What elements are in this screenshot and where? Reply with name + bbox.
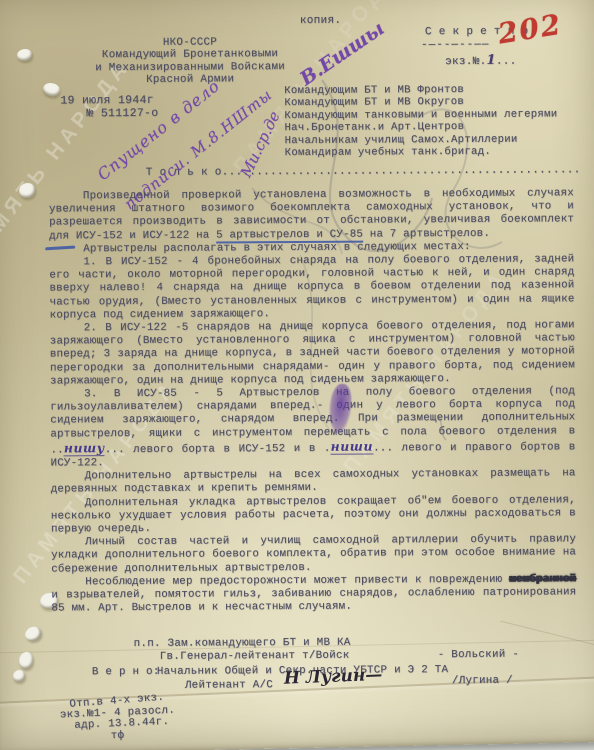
document-scan: ПАМЯТЬ НАРОДА ПАМЯТЬ НАРОДА ПАМЯТЬ НАРОД…: [0, 0, 594, 750]
archive-number-red: 202: [496, 8, 565, 51]
handwritten-word: ниши: [331, 438, 374, 454]
para7-text: и взрывателей, помятости гильз, забивани…: [51, 586, 576, 614]
locations-text: Артвыстрелы располагать в этих случаях в…: [83, 241, 470, 255]
footer-block: Отп.в 4-х экз.экз.№1- 4 разосл.адр. 13.8…: [53, 694, 176, 745]
paragraph-intro: Произведенной проверкой установлена возм…: [49, 187, 574, 243]
copy-note: копия.: [300, 15, 341, 27]
signature-name: - Вольский -: [438, 649, 519, 661]
secrecy-underline: -—--—--——: [421, 39, 489, 51]
addressee-list: Командующим БТ и МВ ФронтовКомандующим Б…: [284, 83, 557, 159]
document-number: № 511127-о: [86, 107, 158, 120]
paragraph-5: Дополнительная укладка артвыстрелов сокр…: [51, 494, 576, 537]
certification-handwritten-signature: Н Лугин—: [283, 665, 382, 689]
margin-mark: [45, 245, 75, 250]
paragraph-item3: 3. В ИСУ-85 - 5 Артвыстрелов на полу бое…: [50, 385, 575, 470]
document-date: 19 июля 1944г: [60, 94, 154, 108]
copy-number-dots: ...: [496, 56, 517, 68]
overstruck-word: мембранной: [509, 573, 576, 585]
signature-pp-line: п.п. Зам.командующего БТ и МВ КА: [134, 637, 351, 650]
certification-line2: Лейтенант А/С: [185, 679, 273, 692]
paragraph-6: Личный состав частей и училищ самоходной…: [51, 534, 576, 577]
certification-label: В е р н о:: [92, 666, 160, 678]
document-content: копия. С е к р е т н о -—--—--—— экз.№.1…: [0, 0, 594, 750]
only-line: Т о л ь к о.............................…: [146, 164, 581, 179]
paragraph-item1: 1. В ИСУ-152 - 4 бронебойных снаряда на …: [49, 253, 574, 322]
paragraph-item2: 2. В ИСУ-122 -5 снарядов на днище корпус…: [50, 319, 575, 388]
document-body: Произведенной проверкой установлена возм…: [49, 187, 577, 616]
addressee-line: Командирам учебных танк.бригад.: [285, 145, 558, 159]
copy-number-line: экз.№.1...: [445, 53, 517, 68]
paragraph-4: Дополнительно артвыстрелы на всех самохо…: [51, 468, 576, 498]
copy-number-prefix: экз.№.: [445, 56, 486, 68]
intro-text-end: на 7 артвыстрелов.: [363, 227, 490, 240]
letterhead: НКО-СССР Командующий Бронетанковыми и Ме…: [54, 36, 326, 87]
paragraph-7: Несоблюдение мер предосторожности может …: [51, 573, 576, 616]
footer-line: тф: [111, 728, 177, 742]
signature-rank-line: Гв.Генерал-лейтенант т/Войск: [160, 650, 350, 663]
addressee-line: Командующим танковыми и военными легерям…: [284, 108, 557, 122]
para7-text: Несоблюдение мер предосторожности может …: [85, 574, 509, 589]
copy-number-handwritten: 1: [486, 53, 495, 68]
handwritten-word: нишу: [64, 440, 105, 456]
certification-name-paren: /Лугина /: [452, 675, 513, 687]
addressee-line: Начальникам училищ Самох.Артиллерии: [285, 133, 558, 147]
item3-text: ... левого борта в ИСУ-152 и в .: [105, 443, 331, 456]
